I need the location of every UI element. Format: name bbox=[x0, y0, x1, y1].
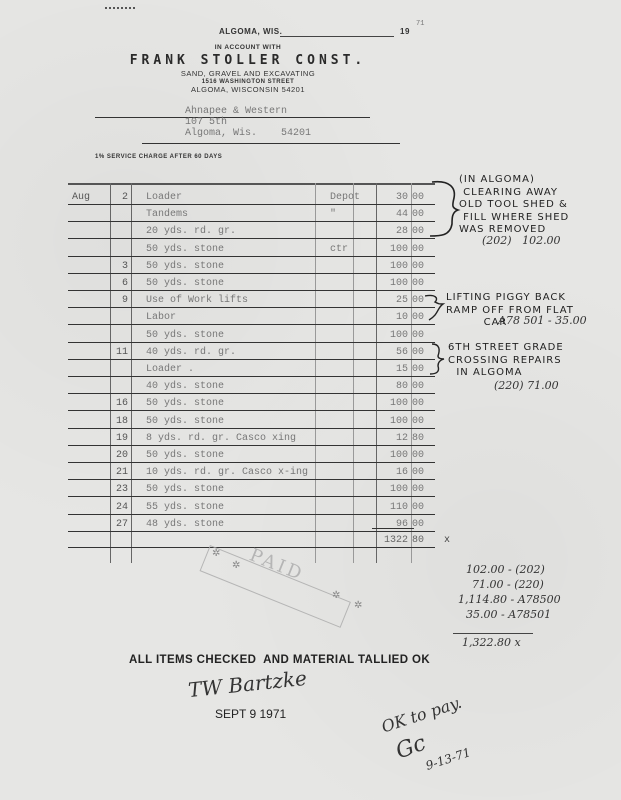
tally-line: 1,114.80 - A78500 bbox=[458, 592, 608, 607]
ledger-note: ctr bbox=[330, 244, 348, 255]
table-row: 2350 yds. stone10000 bbox=[68, 479, 435, 497]
in-account-with: IN ACCOUNT WITH bbox=[118, 44, 378, 51]
annotation-6th-street: 6TH STREET GRADE CROSSING REPAIRS IN ALG… bbox=[448, 342, 564, 380]
ledger-desc: 50 yds. stone bbox=[146, 261, 224, 272]
ledger-day: 6 bbox=[110, 278, 128, 289]
handwritten-tally: 102.00 - (202)71.00 - (220)1,114.80 - A7… bbox=[458, 562, 608, 622]
annotation-6th-street-amount: (220) 71.00 bbox=[494, 379, 559, 392]
ledger-bottom-rule bbox=[68, 547, 435, 548]
ledger-dollars: 100 bbox=[368, 244, 408, 255]
annotation-clearing-shed: (IN ALGOMA) CLEARING AWAY OLD TOOL SHED … bbox=[459, 174, 569, 237]
ledger-cents: 00 bbox=[412, 278, 424, 289]
ledger-cents: 00 bbox=[412, 450, 424, 461]
stamp-star-icon: ✲ bbox=[354, 600, 362, 611]
total-check-mark: x bbox=[444, 535, 450, 546]
ledger-desc: 10 yds. rd. gr. Casco x-ing bbox=[146, 467, 308, 478]
table-row: 1650 yds. stone10000 bbox=[68, 393, 435, 411]
table-row: 1140 yds. rd. gr.5600 bbox=[68, 342, 435, 360]
signature-date: SEPT 9 1971 bbox=[215, 707, 286, 721]
ledger-dollars: 25 bbox=[368, 295, 408, 306]
company-name: FRANK STOLLER CONST. bbox=[118, 53, 378, 68]
tally-line: 35.00 - A78501 bbox=[458, 607, 608, 622]
ledger-total-row: 1322 80 x bbox=[68, 530, 435, 548]
ledger-desc: 40 yds. rd. gr. bbox=[146, 347, 236, 358]
table-row: 50 yds. stone10000 bbox=[68, 325, 435, 343]
tally-rule bbox=[453, 633, 533, 634]
ledger-desc: 50 yds. stone bbox=[146, 484, 224, 495]
ledger-day: 20 bbox=[110, 450, 128, 461]
ledger-desc: Labor bbox=[146, 312, 176, 323]
ledger-day: 16 bbox=[110, 398, 128, 409]
service-charge-terms: 1% SERVICE CHARGE AFTER 60 DAYS bbox=[95, 154, 222, 160]
ledger-desc: 50 yds. stone bbox=[146, 278, 224, 289]
stamp-star-icon: ✲ bbox=[232, 560, 240, 571]
ledger-cents: 00 bbox=[412, 381, 424, 392]
ledger-dollars: 100 bbox=[368, 330, 408, 341]
ledger-desc: 50 yds. stone bbox=[146, 450, 224, 461]
ledger-cents: 00 bbox=[412, 244, 424, 255]
ledger-desc: Use of Work lifts bbox=[146, 295, 248, 306]
ledger-day: 3 bbox=[110, 261, 128, 272]
address-line-bottom bbox=[142, 143, 400, 144]
ledger-cents: 80 bbox=[412, 433, 424, 444]
ledger-dollars: 44 bbox=[368, 209, 408, 220]
address-line-top bbox=[95, 117, 370, 118]
company-city: ALGOMA, WISCONSIN 54201 bbox=[118, 85, 378, 94]
table-row: 40 yds. stone8000 bbox=[68, 376, 435, 394]
table-row: 9Use of Work lifts2500 bbox=[68, 290, 435, 308]
date-blank-line bbox=[280, 36, 394, 37]
table-row: 350 yds. stone10000 bbox=[68, 256, 435, 274]
ledger-cents: 00 bbox=[412, 312, 424, 323]
table-row: 2455 yds. stone11000 bbox=[68, 497, 435, 515]
year-prefix: 19 bbox=[400, 27, 410, 36]
year-suffix: 71 bbox=[416, 20, 424, 28]
ledger-day: 24 bbox=[110, 502, 128, 513]
ledger-cents: 00 bbox=[412, 295, 424, 306]
ledger-cents: 00 bbox=[412, 192, 424, 203]
ledger-desc: Loader . bbox=[146, 364, 194, 375]
ledger-month: Aug bbox=[72, 192, 90, 203]
ledger-cents: 00 bbox=[412, 226, 424, 237]
ledger-cents: 00 bbox=[412, 261, 424, 272]
total-dollars: 1322 bbox=[368, 535, 408, 546]
ledger-dollars: 30 bbox=[368, 192, 408, 203]
ledger-desc: 50 yds. stone bbox=[146, 330, 224, 341]
ledger-day: 9 bbox=[110, 295, 128, 306]
ledger-note: Depot bbox=[330, 192, 360, 203]
customer-name: Ahnapee & Western bbox=[185, 106, 287, 117]
ledger-cents: 00 bbox=[412, 484, 424, 495]
ledger-desc: 50 yds. stone bbox=[146, 244, 224, 255]
ledger-dollars: 100 bbox=[368, 484, 408, 495]
ledger-dollars: 100 bbox=[368, 450, 408, 461]
ledger-cents: 00 bbox=[412, 416, 424, 427]
ledger-dollars: 16 bbox=[368, 467, 408, 478]
ledger-desc: 50 yds. stone bbox=[146, 398, 224, 409]
ledger-cents: 00 bbox=[412, 398, 424, 409]
ledger-desc: Loader bbox=[146, 192, 182, 203]
ledger-dollars: 12 bbox=[368, 433, 408, 444]
company-services: SAND, GRAVEL AND EXCAVATING bbox=[118, 69, 378, 78]
ledger-day: 23 bbox=[110, 484, 128, 495]
table-row: 20 yds. rd. gr.2800 bbox=[68, 221, 435, 239]
ledger-dollars: 100 bbox=[368, 416, 408, 427]
ledger-day: 18 bbox=[110, 416, 128, 427]
paper-speck bbox=[105, 7, 135, 11]
city-line: ALGOMA, WIS. bbox=[219, 27, 282, 36]
ledger-cents: 00 bbox=[412, 467, 424, 478]
ledger-cents: 00 bbox=[412, 330, 424, 341]
table-row: Tandems"4400 bbox=[68, 204, 435, 222]
table-row: Aug2LoaderDepot3000 bbox=[68, 187, 435, 205]
ledger-dollars: 10 bbox=[368, 312, 408, 323]
ledger-desc: 55 yds. stone bbox=[146, 502, 224, 513]
table-row: Loader .1500 bbox=[68, 359, 435, 377]
ledger-desc: 20 yds. rd. gr. bbox=[146, 226, 236, 237]
ledger-dollars: 100 bbox=[368, 261, 408, 272]
ledger-desc: Tandems bbox=[146, 209, 188, 220]
ledger-dollars: 80 bbox=[368, 381, 408, 392]
table-row: Labor1000 bbox=[68, 307, 435, 325]
ledger-dollars: 100 bbox=[368, 278, 408, 289]
tally-total: 1,322.80 x bbox=[462, 636, 521, 649]
stamp-star-icon: ✲ bbox=[332, 590, 340, 601]
ledger-note: " bbox=[330, 209, 336, 220]
tally-line: 102.00 - (202) bbox=[458, 562, 608, 577]
ledger-top-rule bbox=[68, 183, 435, 185]
ledger-desc: 48 yds. stone bbox=[146, 519, 224, 530]
ledger-day: 19 bbox=[110, 433, 128, 444]
table-row: 1850 yds. stone10000 bbox=[68, 411, 435, 429]
ledger-cents: 00 bbox=[412, 502, 424, 513]
annotation-piggy-back-amount: A78 501 - 35.00 bbox=[498, 314, 587, 327]
customer-city: Algoma, Wis. 54201 bbox=[185, 128, 311, 139]
letterhead: ALGOMA, WIS. 19 71 IN ACCOUNT WITH FRANK… bbox=[118, 25, 378, 94]
ledger-dollars: 100 bbox=[368, 398, 408, 409]
ledger-dollars: 110 bbox=[368, 502, 408, 513]
table-row: 650 yds. stone10000 bbox=[68, 273, 435, 291]
ledger-dollars: 56 bbox=[368, 347, 408, 358]
ledger-cents: 00 bbox=[412, 347, 424, 358]
ledger-desc: 8 yds. rd. gr. Casco xing bbox=[146, 433, 296, 444]
ledger-day: 27 bbox=[110, 519, 128, 530]
ledger-cents: 00 bbox=[412, 364, 424, 375]
stamp-star-icon: ✲ bbox=[212, 548, 220, 559]
ledger-dollars: 28 bbox=[368, 226, 408, 237]
ledger-day: 21 bbox=[110, 467, 128, 478]
tally-line: 71.00 - (220) bbox=[458, 577, 608, 592]
table-row: 2050 yds. stone10000 bbox=[68, 445, 435, 463]
table-row: 50 yds. stonectr10000 bbox=[68, 239, 435, 257]
annotation-clearing-shed-amount: (202) 102.00 bbox=[482, 234, 561, 247]
table-row: 198 yds. rd. gr. Casco xing1280 bbox=[68, 428, 435, 446]
ledger-day: 11 bbox=[110, 347, 128, 358]
table-row: 2110 yds. rd. gr. Casco x-ing1600 bbox=[68, 462, 435, 480]
ledger-desc: 40 yds. stone bbox=[146, 381, 224, 392]
ledger-cents: 00 bbox=[412, 209, 424, 220]
ledger-dollars: 15 bbox=[368, 364, 408, 375]
customer-street: 107 5th bbox=[185, 117, 227, 128]
total-cents: 80 bbox=[412, 535, 424, 546]
brace-group3-icon bbox=[430, 342, 450, 376]
sum-rule bbox=[372, 528, 414, 529]
ledger-desc: 50 yds. stone bbox=[146, 416, 224, 427]
checked-statement: ALL ITEMS CHECKED AND MATERIAL TALLIED O… bbox=[129, 654, 430, 666]
ledger-day: 2 bbox=[110, 192, 128, 203]
